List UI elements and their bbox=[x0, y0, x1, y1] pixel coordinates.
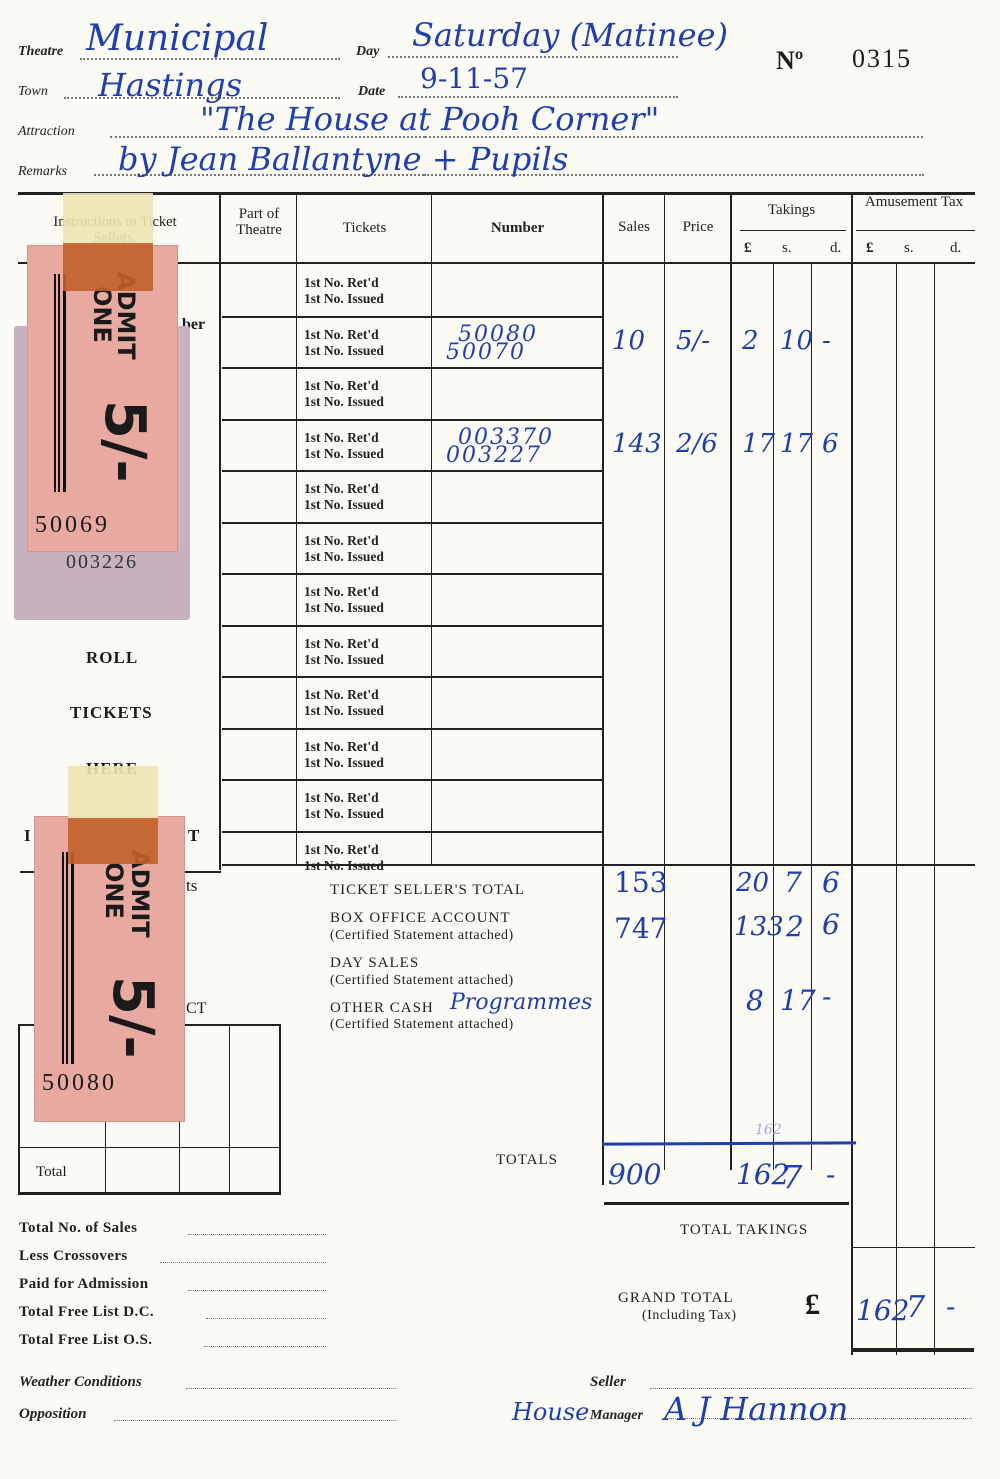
ticket-stripe bbox=[54, 274, 56, 492]
total-sales-label: Total No. of Sales bbox=[19, 1220, 137, 1237]
col-rule bbox=[219, 195, 221, 870]
sales-cell[interactable]: 10 bbox=[612, 326, 645, 356]
manager-signature[interactable]: A J Hannon bbox=[664, 1390, 848, 1428]
opposition-label: Opposition bbox=[19, 1406, 87, 1423]
totals-pence[interactable]: - bbox=[826, 1158, 835, 1191]
takings-subrule bbox=[740, 230, 846, 231]
less-crossovers-label: Less Crossovers bbox=[19, 1248, 128, 1265]
ticket-label: 1st No. Ret'd1st No. Issued bbox=[304, 584, 384, 616]
part-of-theatre-cell[interactable] bbox=[222, 318, 296, 366]
totals-bottom-rule bbox=[604, 1202, 849, 1205]
total-takings-label: TOTAL TAKINGS bbox=[680, 1222, 808, 1239]
opposition-line bbox=[114, 1420, 396, 1421]
ticket-issued-label: 1st No. Issued bbox=[304, 394, 384, 410]
form-number-label: Nº bbox=[776, 46, 803, 76]
grid-total-label: Total bbox=[36, 1164, 67, 1181]
ticket-seller-total-label: TICKET SELLER'S TOTAL bbox=[330, 882, 525, 899]
free-list-os-line bbox=[204, 1346, 326, 1347]
ticket-returned-label: 1st No. Ret'd bbox=[304, 378, 384, 394]
seller-line bbox=[650, 1388, 972, 1389]
town-label: Town bbox=[18, 84, 48, 100]
part-of-theatre-cell[interactable] bbox=[222, 781, 296, 829]
remarks-label: Remarks bbox=[18, 164, 67, 180]
col-rule bbox=[851, 195, 853, 1355]
grand-total-pounds[interactable]: 162 bbox=[856, 1294, 909, 1327]
ticket-label: 1st No. Ret'd1st No. Issued bbox=[304, 430, 384, 462]
ticket-issued-label: 1st No. Issued bbox=[304, 652, 384, 668]
totals-faint-note: 162 bbox=[755, 1122, 782, 1138]
col-rule bbox=[811, 262, 812, 1170]
manager-label: Manager bbox=[590, 1408, 643, 1424]
header-part-of-theatre: Part of Theatre bbox=[222, 206, 296, 238]
part-of-theatre-cell[interactable] bbox=[222, 524, 296, 572]
ticket-issued-label: 1st No. Issued bbox=[304, 446, 384, 462]
col-rule bbox=[296, 195, 297, 865]
date-label: Date bbox=[358, 84, 385, 100]
day-sales-sub: (Certified Statement attached) bbox=[330, 973, 514, 989]
ticket-stub-serial: 003226 bbox=[66, 551, 138, 574]
paid-admission-label: Paid for Admission bbox=[19, 1276, 148, 1293]
ticket-label: 1st No. Ret'd1st No. Issued bbox=[304, 790, 384, 822]
ticket-stripe bbox=[71, 852, 74, 1064]
ticket-label: 1st No. Ret'd1st No. Issued bbox=[304, 275, 384, 307]
ticket-label: 1st No. Ret'd1st No. Issued bbox=[304, 842, 384, 874]
ticket-issued-label: 1st No. Issued bbox=[304, 600, 384, 616]
ticket-returned-label: 1st No. Ret'd bbox=[304, 790, 384, 806]
date-line bbox=[398, 96, 678, 98]
ticket-returned-label: 1st No. Ret'd bbox=[304, 584, 384, 600]
header-tickets: Tickets bbox=[298, 220, 431, 236]
grand-total-sub: (Including Tax) bbox=[642, 1308, 737, 1324]
ticket-issued-label: 1st No. Issued bbox=[304, 549, 384, 565]
ticket-returned-label: 1st No. Ret'd bbox=[304, 430, 384, 446]
takings-pence-cell[interactable]: 6 bbox=[822, 429, 839, 459]
part-of-theatre-cell[interactable] bbox=[222, 678, 296, 726]
partial-ct: CT bbox=[186, 1000, 206, 1018]
rows-bottom-rule bbox=[222, 864, 975, 866]
tax-subrule bbox=[856, 230, 975, 231]
part-of-theatre-cell[interactable] bbox=[222, 627, 296, 675]
tape-yellow bbox=[68, 766, 158, 820]
col-rule bbox=[773, 262, 774, 1170]
takings-shilling: s. bbox=[782, 240, 792, 256]
other-cash-sub: (Certified Statement attached) bbox=[330, 1017, 514, 1033]
town-value[interactable]: Hastings bbox=[98, 66, 242, 104]
ticket-price: 5/- bbox=[100, 976, 165, 1059]
part-of-theatre-cell[interactable] bbox=[222, 575, 296, 623]
header-price: Price bbox=[666, 219, 730, 235]
grand-total-shillings[interactable]: 7 bbox=[906, 1290, 925, 1325]
ticket-stripe bbox=[66, 852, 68, 1064]
box-office-sales[interactable]: 747 bbox=[614, 912, 667, 945]
ticket-one-text: ONE bbox=[88, 286, 116, 343]
table-top-rule bbox=[18, 192, 975, 195]
ticket-label: 1st No. Ret'd1st No. Issued bbox=[304, 636, 384, 668]
grid-col bbox=[229, 1024, 230, 1194]
box-office-pounds[interactable]: 133 bbox=[734, 912, 784, 942]
ticket-stripe bbox=[58, 274, 60, 492]
ticket-issued-label: 1st No. Issued bbox=[304, 703, 384, 719]
box-office-sub: (Certified Statement attached) bbox=[330, 928, 514, 944]
takings-pounds-cell[interactable]: 17 bbox=[742, 429, 775, 459]
ticket-label: 1st No. Ret'd1st No. Issued bbox=[304, 739, 384, 771]
ticket-returned-label: 1st No. Ret'd bbox=[304, 687, 384, 703]
col-rule bbox=[896, 262, 897, 1355]
other-cash-label: OTHER CASH bbox=[330, 1000, 434, 1017]
header-number: Number bbox=[433, 220, 602, 236]
ticket-price: 5/- bbox=[92, 400, 157, 483]
grid-right bbox=[279, 1024, 281, 1194]
seller-label: Seller bbox=[590, 1374, 626, 1391]
totals-label: TOTALS bbox=[496, 1152, 558, 1169]
box-office-label: BOX OFFICE ACCOUNT bbox=[330, 910, 511, 927]
takings-shillings-cell[interactable]: 17 bbox=[780, 429, 813, 459]
ticket-stripe bbox=[63, 274, 66, 492]
weather-label: Weather Conditions bbox=[19, 1374, 142, 1391]
other-cash-shillings[interactable]: 17 bbox=[780, 984, 816, 1017]
header-sales: Sales bbox=[604, 219, 664, 235]
takings-pence: d. bbox=[830, 240, 841, 256]
grand-total-label: GRAND TOTAL bbox=[618, 1290, 734, 1307]
header-takings: Takings bbox=[732, 202, 851, 218]
takings-pence-cell[interactable]: - bbox=[822, 326, 831, 356]
form-number: 0315 bbox=[852, 44, 912, 74]
totals-shillings[interactable]: 7 bbox=[782, 1158, 802, 1196]
grand-total-bottom-rule bbox=[852, 1348, 974, 1352]
theatre-label: Theatre bbox=[18, 44, 63, 60]
ticket-serial: 50080 bbox=[42, 1070, 117, 1097]
ticket-returned-label: 1st No. Ret'd bbox=[304, 481, 384, 497]
manager-prefix[interactable]: House bbox=[512, 1398, 589, 1426]
partial-i: I bbox=[24, 826, 31, 846]
col-rule bbox=[602, 195, 604, 1185]
grand-total-currency: £ bbox=[805, 1288, 820, 1322]
grand-total-pence[interactable]: - bbox=[946, 1290, 955, 1323]
number-issued[interactable]: 003227 bbox=[446, 443, 542, 468]
tax-shilling: s. bbox=[904, 240, 914, 256]
ticket-stripe bbox=[62, 852, 64, 1064]
tax-pound: £ bbox=[866, 240, 874, 256]
ticket-issued-label: 1st No. Issued bbox=[304, 858, 384, 874]
tape-yellow bbox=[63, 193, 153, 243]
theatre-value[interactable]: Municipal bbox=[86, 18, 268, 59]
ticket-label: 1st No. Ret'd1st No. Issued bbox=[304, 687, 384, 719]
ticket-seller-total-shillings[interactable]: 7 bbox=[784, 866, 802, 899]
ticket-one-text: ONE bbox=[100, 862, 128, 919]
ticket-returned-label: 1st No. Ret'd bbox=[304, 636, 384, 652]
ticket-seller-total-pounds[interactable]: 20 bbox=[736, 868, 769, 898]
part-of-theatre-cell[interactable] bbox=[222, 730, 296, 778]
ticket-returned-label: 1st No. Ret'd bbox=[304, 739, 384, 755]
ticket-label: 1st No. Ret'd1st No. Issued bbox=[304, 481, 384, 513]
ticket-label: 1st No. Ret'd1st No. Issued bbox=[304, 533, 384, 565]
ticket-returned-label: 1st No. Ret'd bbox=[304, 275, 384, 291]
header-amusement-tax: Amusement Tax bbox=[853, 194, 975, 210]
takings-pounds-cell[interactable]: 2 bbox=[742, 326, 759, 356]
part-of-theatre-cell[interactable] bbox=[222, 472, 296, 520]
day-label: Day bbox=[356, 44, 379, 60]
box-office-shillings[interactable]: 2 bbox=[786, 910, 804, 943]
less-crossovers-line bbox=[160, 1262, 326, 1263]
part-of-theatre-cell[interactable] bbox=[222, 266, 296, 314]
grid-left bbox=[18, 1024, 20, 1194]
attraction-value[interactable]: "The House at Pooh Corner" bbox=[200, 100, 659, 138]
part-of-theatre-cell[interactable] bbox=[222, 421, 296, 469]
roll-text: ROLL bbox=[86, 648, 138, 668]
total-takings-rule bbox=[852, 1247, 975, 1248]
takings-pound: £ bbox=[744, 240, 752, 256]
ticket-issued-label: 1st No. Issued bbox=[304, 755, 384, 771]
box-office-pence[interactable]: 6 bbox=[822, 908, 840, 941]
day-line bbox=[388, 56, 678, 58]
free-list-dc-line bbox=[206, 1318, 326, 1319]
ticket-returned-label: 1st No. Ret'd bbox=[304, 327, 384, 343]
attraction-label: Attraction bbox=[18, 124, 75, 140]
col-rule bbox=[730, 195, 732, 1170]
ticket-issued-label: 1st No. Issued bbox=[304, 343, 384, 359]
takings-shillings-cell[interactable]: 10 bbox=[780, 326, 813, 356]
tickets-text: TICKETS bbox=[70, 703, 153, 723]
remarks-value[interactable]: by Jean Ballantyne + Pupils bbox=[118, 140, 568, 178]
ticket-seller-total-pence[interactable]: 6 bbox=[822, 866, 840, 899]
ticket-label: 1st No. Ret'd1st No. Issued bbox=[304, 378, 384, 410]
ticket-issued-label: 1st No. Issued bbox=[304, 291, 384, 307]
weather-line bbox=[186, 1388, 396, 1389]
tax-pence: d. bbox=[950, 240, 961, 256]
ticket-issued-label: 1st No. Issued bbox=[304, 806, 384, 822]
ticket-returned-label: 1st No. Ret'd bbox=[304, 842, 384, 858]
grid-bottom bbox=[18, 1192, 281, 1195]
day-sales-label: DAY SALES bbox=[330, 955, 419, 972]
ticket-returned-label: 1st No. Ret'd bbox=[304, 533, 384, 549]
price-cell[interactable]: 5/- bbox=[676, 326, 710, 356]
other-cash-pence[interactable]: - bbox=[822, 980, 831, 1013]
part-of-theatre-cell[interactable] bbox=[222, 833, 296, 881]
totals-sales[interactable]: 900 bbox=[608, 1158, 661, 1191]
col-rule bbox=[431, 195, 432, 865]
number-issued[interactable]: 50070 bbox=[446, 340, 526, 365]
col-rule bbox=[934, 262, 935, 1355]
tape-orange bbox=[68, 818, 158, 864]
free-list-dc-label: Total Free List D.C. bbox=[19, 1304, 154, 1321]
other-cash-note[interactable]: Programmes bbox=[450, 990, 592, 1015]
totals-ink-rule bbox=[602, 1141, 856, 1145]
ticket-seller-total-sales[interactable]: 153 bbox=[614, 866, 667, 899]
grid-row bbox=[18, 1147, 281, 1148]
paid-admission-line bbox=[188, 1290, 326, 1291]
date-value[interactable]: 9-11-57 bbox=[420, 62, 528, 95]
ticket-serial: 50069 bbox=[35, 512, 110, 539]
day-value[interactable]: Saturday (Matinee) bbox=[412, 16, 728, 54]
partial-ts: ts bbox=[186, 876, 197, 896]
other-cash-pounds[interactable]: 8 bbox=[746, 984, 764, 1017]
ticket-label: 1st No. Ret'd1st No. Issued bbox=[304, 327, 384, 359]
partial-t: T bbox=[188, 826, 199, 846]
tape-orange bbox=[63, 243, 153, 291]
total-sales-line bbox=[188, 1234, 326, 1235]
col-rule bbox=[664, 195, 665, 1170]
price-cell[interactable]: 2/6 bbox=[676, 429, 718, 459]
part-of-theatre-cell[interactable] bbox=[222, 369, 296, 417]
free-list-os-label: Total Free List O.S. bbox=[19, 1332, 152, 1349]
sales-cell[interactable]: 143 bbox=[612, 429, 662, 459]
ticket-issued-label: 1st No. Issued bbox=[304, 497, 384, 513]
